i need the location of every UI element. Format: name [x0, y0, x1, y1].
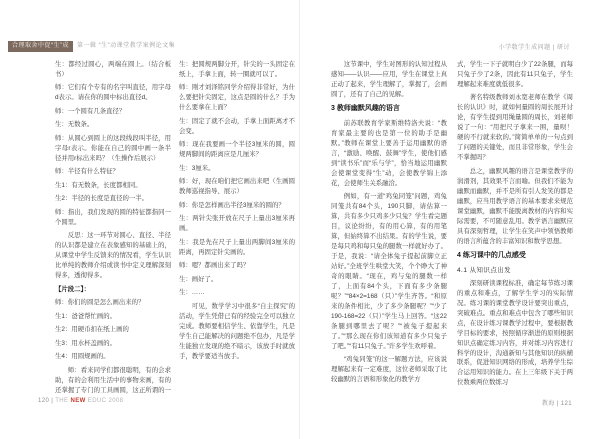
right-page-number: 121	[561, 401, 572, 407]
dialogue-line: 生：我是先在尺子上量出两脚间3厘米的距离，再固定针尖画的。	[179, 238, 295, 258]
paragraph: 著名特级教师刘永宽老师在教学《周长的认识》时，就如何量圆的周长展开讨论，有学生提…	[457, 93, 573, 163]
left-page-number: 120	[38, 398, 49, 404]
dialogue-line: 师：从圆心到圆上的这段线段叫半径，用字母r表示。你能在自己的圆中画一条半径并用r…	[55, 134, 171, 164]
paragraph: 总之，幽默风趣的语言是课堂教学的润滑剂，其效果不言而喻。但我们不能为幽默而幽默，…	[457, 167, 573, 247]
dialogue-line: 生：固定了就不会动，手拿上面距离才不会变。	[179, 117, 295, 137]
journal-brand: THE NEW EDUC 2008	[55, 398, 123, 404]
paragraph: 可见，数学学习中很多“自主探究”的活动，学生凭借已有的经验完全可以独立完成。教师…	[179, 302, 295, 362]
dialogue-line: 师：一个圆有几条直径？	[55, 107, 171, 117]
paragraph: 这节课中，学生对图形的认知过程从感知——认识——应用，学生在课堂上真正动了起来，…	[331, 60, 447, 100]
paragraph: 式，学生一下子就明白少了22条腿，而每只兔子少了2条，因此有11只兔子，学生理解…	[457, 60, 573, 90]
spread-body: 生：都经过圆心，两端在圆上。（结合板书）师：它们有个专有的名字叫直径，用字母d表…	[55, 60, 573, 394]
paragraph: 前苏联教育学家斯维特洛夫说：“教育家最主要的也是第一位的助手是幽默。”教师在课堂…	[331, 119, 447, 189]
dialogue-line: 师：你们的圆是怎么画出来的？	[55, 298, 171, 308]
left-page-column-2: 生：把圆规两脚分开，针尖的一头固定在纸上，手拿上面，转一圈就可以了。师：刚才刘泽…	[179, 60, 295, 394]
right-page-header: 小学数学生成问题 | 研讨	[499, 42, 570, 51]
dialogue-line: 师：它们有个专有的名字叫直径，用字母d表示。请在你的圆中标出直径d。	[55, 83, 171, 103]
left-page-column-1: 生：都经过圆心，两端在圆上。（结合板书）师：它们有个专有的名字叫直径，用字母d表…	[55, 60, 171, 394]
dialogue-line: 师：现在我要画一个半径3厘米的圆，圆规两脚间的距离应是几厘米？	[179, 140, 295, 160]
right-page-footer: 教海 | 121	[542, 398, 572, 407]
footer-separator: |	[51, 398, 53, 404]
left-page: 生：都经过圆心，两端在圆上。（结合板书）师：它们有个专有的名字叫直径，用字母d表…	[55, 60, 295, 394]
column-label: 教海	[542, 401, 555, 407]
left-page-header: 合理取舍中促“生”成 第一辑 “生”动课堂教学案例论文集	[8, 41, 175, 52]
footer-separator: |	[557, 401, 559, 407]
dialogue-line: 生4：用圆规画的。	[55, 352, 171, 362]
dialogue-line: 师：嗯？都画出来了吗？	[179, 261, 295, 271]
section-heading: 3 教师幽默风趣的语言	[331, 104, 447, 115]
paragraph: “鸡兔同笼”的这一解题方法，应该说理解起来有一定难度，这位老师采取了比较幽默的言…	[331, 355, 447, 385]
dialogue-line: 师：你是怎样画出半径3厘米的圆的？	[179, 201, 295, 211]
dialogue-line: 生1：有无数条，长度都相同。	[55, 181, 171, 191]
left-header-title: 第一辑 “生”动课堂教学案例论文集	[77, 42, 175, 51]
dialogue-line: 生：两针尖张开放在尺子上量出3厘米再画。	[179, 214, 295, 234]
book-spread: 合理取舍中促“生”成 第一辑 “生”动课堂教学案例论文集 小学数学生成问题 | …	[0, 0, 600, 439]
left-page-footer: 120 | THE NEW EDUC 2008	[38, 398, 123, 404]
dialogue-line: 生：把圆规两脚分开，针尖的一头固定在纸上，手拿上面，转一圈就可以了。	[179, 60, 295, 80]
sub-section-heading: 4.1 从知识点出发	[457, 266, 573, 276]
dialogue-line: 生：3厘米。	[179, 164, 295, 174]
paragraph: 深刻研读课程标准，确定每节练习课的重点和难点，了解学生学习的实际情况。练习课的课…	[457, 279, 573, 389]
article-badge: 合理取舍中促“生”成	[8, 41, 73, 52]
fragment-label: 【片段二】：	[55, 285, 171, 295]
dialogue-line: 师：刚才刘泽铭同学介绍得非常好，为什么要把针尖固定，这点是圆的什么？手为什么要拿…	[179, 83, 295, 113]
journal-brand-accent: NEW	[71, 398, 86, 404]
paragraph: 师：看来同学们都很聪明，有的会求助，有的会利用生活中的事物来画，有的还掌握了专门…	[55, 366, 171, 394]
dialogue-line: 师：指出，我们发现的圆的特征都指同一个圆里。	[55, 208, 171, 228]
paragraph: 反思：这一环节对圆心、直径、半径的认识都是建立在表象感知的基础上的，从课堂中学生…	[55, 231, 171, 281]
paragraph: 例如，有一道“鸡兔同笼”问题，鸡兔同笼共有84个头，190只脚，请估算一算，共有…	[331, 192, 447, 352]
dialogue-line: 生2：半径的长度是直径的一半。	[55, 194, 171, 204]
right-page: 这节课中，学生对图形的认知过程从感知——认识——应用，学生在课堂上真正动了起来，…	[331, 60, 573, 394]
dialogue-line: 生：画好了。	[179, 275, 295, 285]
right-page-column-2: 式，学生一下子就明白少了22条腿，而每只兔子少了2条，因此有11只兔子，学生理解…	[457, 60, 573, 394]
dialogue-line: 生：……	[179, 288, 295, 298]
dialogue-line: 生：无数条。	[55, 120, 171, 130]
dialogue-line: 生1：爸爸帮忙画的。	[55, 312, 171, 322]
section-heading: 4 练习课中的几点感受	[457, 251, 573, 262]
dialogue-line: 师：半径有什么特征？	[55, 167, 171, 177]
right-page-column-1: 这节课中，学生对图形的认知过程从感知——认识——应用，学生在课堂上真正动了起来，…	[331, 60, 447, 394]
dialogue-line: 生3：用水杯盖画的。	[55, 339, 171, 349]
dialogue-line: 生：都经过圆心，两端在圆上。（结合板书）	[55, 60, 171, 80]
dialogue-line: 生2：用硬币扣在纸上画的	[55, 325, 171, 335]
dialogue-line: 师：好，现在咱们把它画出来吧（生画圆教师巡视指导、展示）	[179, 177, 295, 197]
